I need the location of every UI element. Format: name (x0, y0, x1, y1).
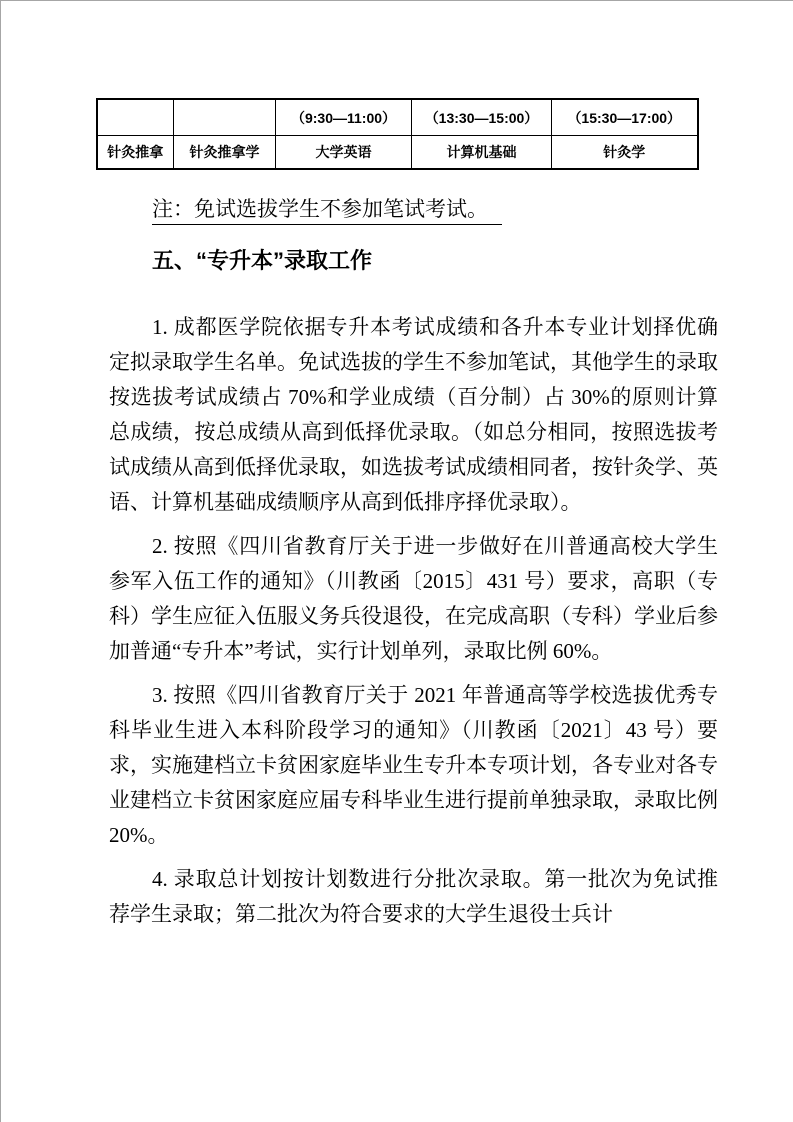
note-line: 注：免试选拔学生不参加笔试考试。 (109, 197, 718, 225)
cell-text: （15:30—17:00） (567, 110, 681, 126)
table-cell: 大学英语 (276, 136, 412, 170)
table-cell: （9:30—11:00） (276, 99, 412, 136)
paragraph-4: 4. 录取总计划按计划数进行分批次录取。第一批次为免试推荐学生录取；第二批次为符… (109, 862, 718, 932)
paragraph-3: 3. 按照《四川省教育厅关于 2021 年普通高等学校选拔优秀专科毕业生进入本科… (109, 678, 718, 853)
table-row-subjects: 针灸推拿 针灸推拿学 大学英语 计算机基础 针灸学 (97, 136, 698, 170)
cell-text: （13:30—15:00） (425, 110, 539, 126)
exam-schedule-table: （9:30—11:00） （13:30—15:00） （15:30—17:00）… (96, 98, 699, 170)
document-body: 注：免试选拔学生不参加笔试考试。 五、“专升本”录取工作 1. 成都医学院依据专… (1, 197, 793, 932)
cell-text: 针灸推拿 (107, 144, 163, 160)
section-heading: 五、“专升本”录取工作 (109, 247, 718, 274)
paragraph-2: 2. 按照《四川省教育厅关于进一步做好在川普通高校大学生参军入伍工作的通知》（川… (109, 529, 718, 669)
table-cell: 针灸推拿学 (174, 136, 276, 170)
table-cell: 计算机基础 (412, 136, 552, 170)
cell-text: 针灸推拿学 (190, 144, 260, 160)
cell-text: （9:30—11:00） (291, 110, 396, 126)
table-cell (174, 99, 276, 136)
table-cell: 针灸学 (552, 136, 698, 170)
cell-text: 大学英语 (316, 144, 372, 160)
table-cell: 针灸推拿 (97, 136, 174, 170)
note-text: 注：免试选拔学生不参加笔试考试。 (152, 197, 502, 225)
table-cell: （13:30—15:00） (412, 99, 552, 136)
document-page: （9:30—11:00） （13:30—15:00） （15:30—17:00）… (0, 0, 793, 1122)
table-row-times: （9:30—11:00） （13:30—15:00） （15:30—17:00） (97, 99, 698, 136)
cell-text: 计算机基础 (447, 144, 517, 160)
paragraph-1: 1. 成都医学院依据专升本考试成绩和各升本专业计划择优确定拟录取学生名单。免试选… (109, 310, 718, 520)
table-cell: （15:30—17:00） (552, 99, 698, 136)
cell-text: 针灸学 (603, 144, 645, 160)
table-cell (97, 99, 174, 136)
